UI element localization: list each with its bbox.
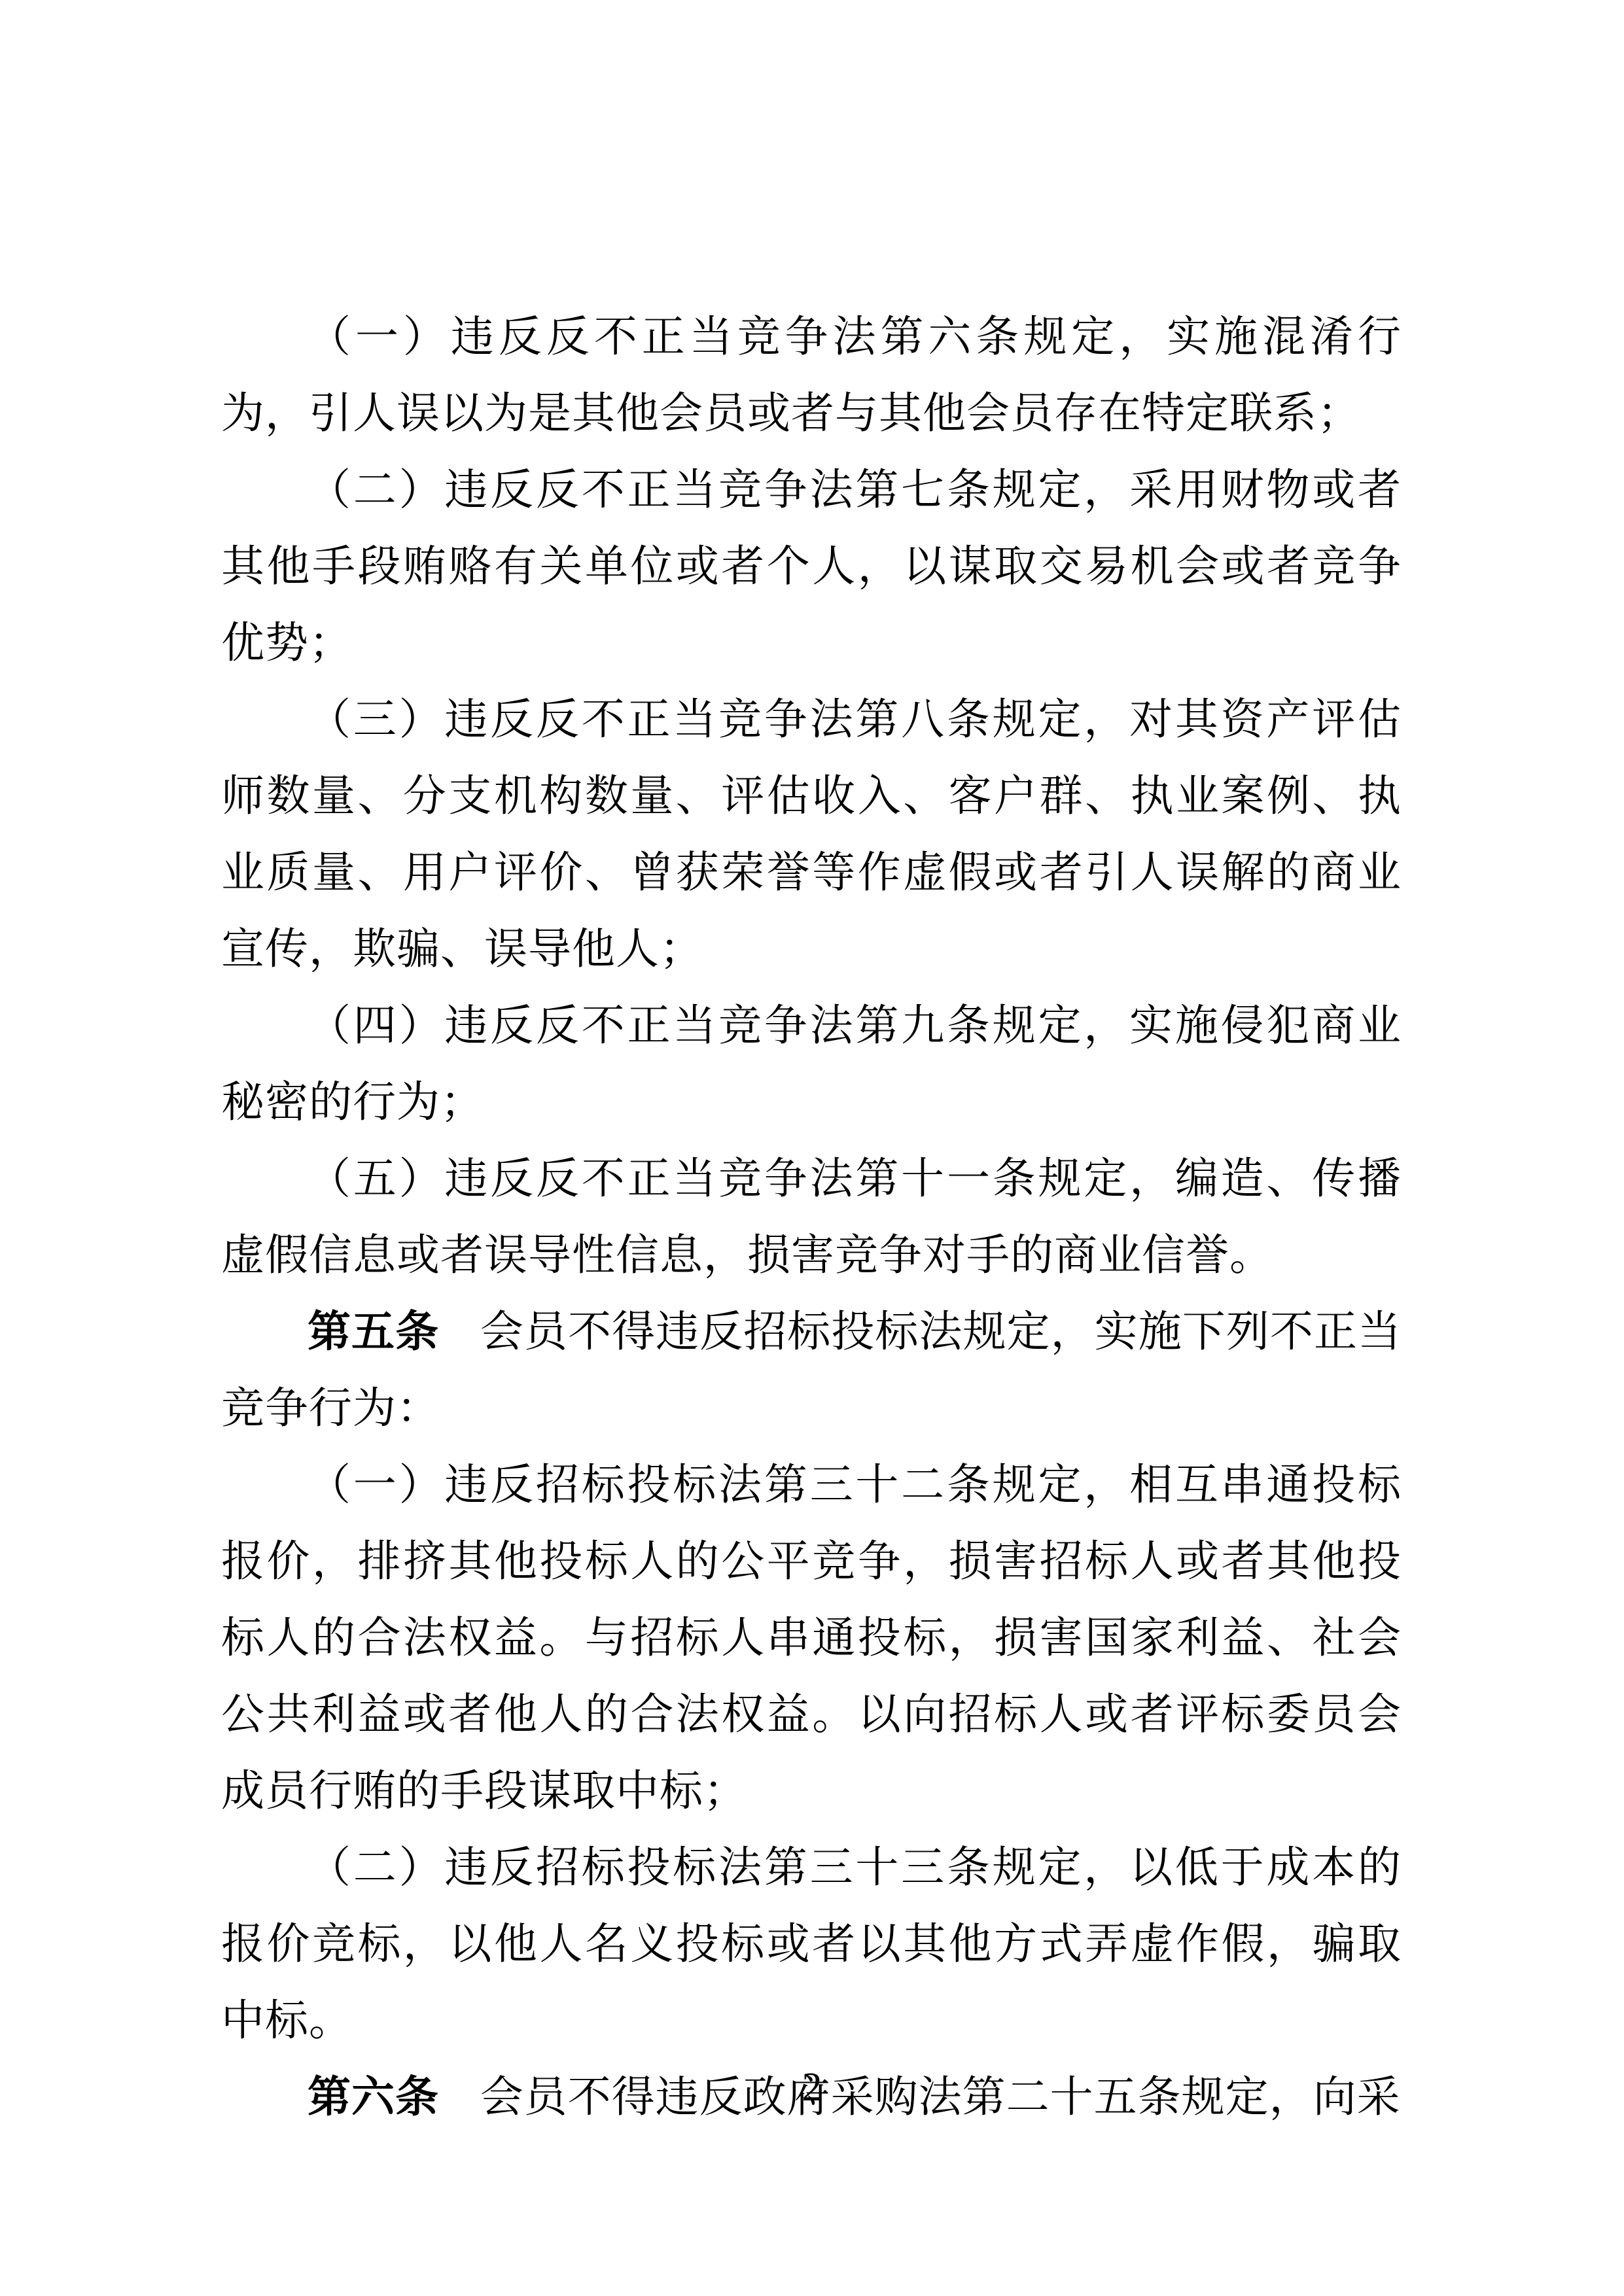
paragraph-text: （一）违反招标投标法第三十二条规定，相互串通投标报价，排挤其他投标人的公平竞争，… bbox=[221, 1459, 1402, 1816]
paragraph-text: （二）违反反不正当竞争法第七条规定，采用财物或者其他手段贿赂有关单位或者个人，以… bbox=[221, 464, 1402, 668]
paragraph: （三）违反反不正当竞争法第八条规定，对其资产评估师数量、分支机构数量、评估收入、… bbox=[221, 681, 1402, 987]
paragraph-text: （四）违反反不正当竞争法第九条规定，实施侵犯商业秘密的行为； bbox=[221, 1000, 1402, 1127]
paragraph: （二）违反招标投标法第三十三条规定，以低于成本的报价竞标，以他人名义投标或者以其… bbox=[221, 1829, 1402, 2059]
paragraph-text: （一）违反反不正当竞争法第六条规定，实施混淆行为，引人误以为是其他会员或者与其他… bbox=[221, 311, 1402, 438]
paragraph: （二）违反反不正当竞争法第七条规定，采用财物或者其他手段贿赂有关单位或者个人，以… bbox=[221, 451, 1402, 681]
paragraph: （一）违反反不正当竞争法第六条规定，实施混淆行为，引人误以为是其他会员或者与其他… bbox=[221, 298, 1402, 451]
paragraph-text: （五）违反反不正当竞争法第十一条规定，编造、传播虚假信息或者误导性信息，损害竞争… bbox=[221, 1153, 1402, 1280]
paragraph-text: （二）违反招标投标法第三十三条规定，以低于成本的报价竞标，以他人名义投标或者以其… bbox=[221, 1842, 1402, 2045]
paragraph: （五）违反反不正当竞争法第十一条规定，编造、传播虚假信息或者误导性信息，损害竞争… bbox=[221, 1140, 1402, 1293]
paragraph: （四）违反反不正当竞争法第九条规定，实施侵犯商业秘密的行为； bbox=[221, 987, 1402, 1140]
document-page: （一）违反反不正当竞争法第六条规定，实施混淆行为，引人误以为是其他会员或者与其他… bbox=[0, 0, 1624, 2296]
document-body: （一）违反反不正当竞争法第六条规定，实施混淆行为，引人误以为是其他会员或者与其他… bbox=[221, 298, 1402, 2135]
paragraph: 第五条会员不得违反招标投标法规定，实施下列不正当竞争行为： bbox=[221, 1293, 1402, 1446]
page-number: 2 bbox=[0, 2067, 1624, 2108]
paragraph: （一）违反招标投标法第三十二条规定，相互串通投标报价，排挤其他投标人的公平竞争，… bbox=[221, 1446, 1402, 1829]
article-number: 第五条 bbox=[308, 1306, 439, 1357]
paragraph-text: （三）违反反不正当竞争法第八条规定，对其资产评估师数量、分支机构数量、评估收入、… bbox=[221, 694, 1402, 974]
